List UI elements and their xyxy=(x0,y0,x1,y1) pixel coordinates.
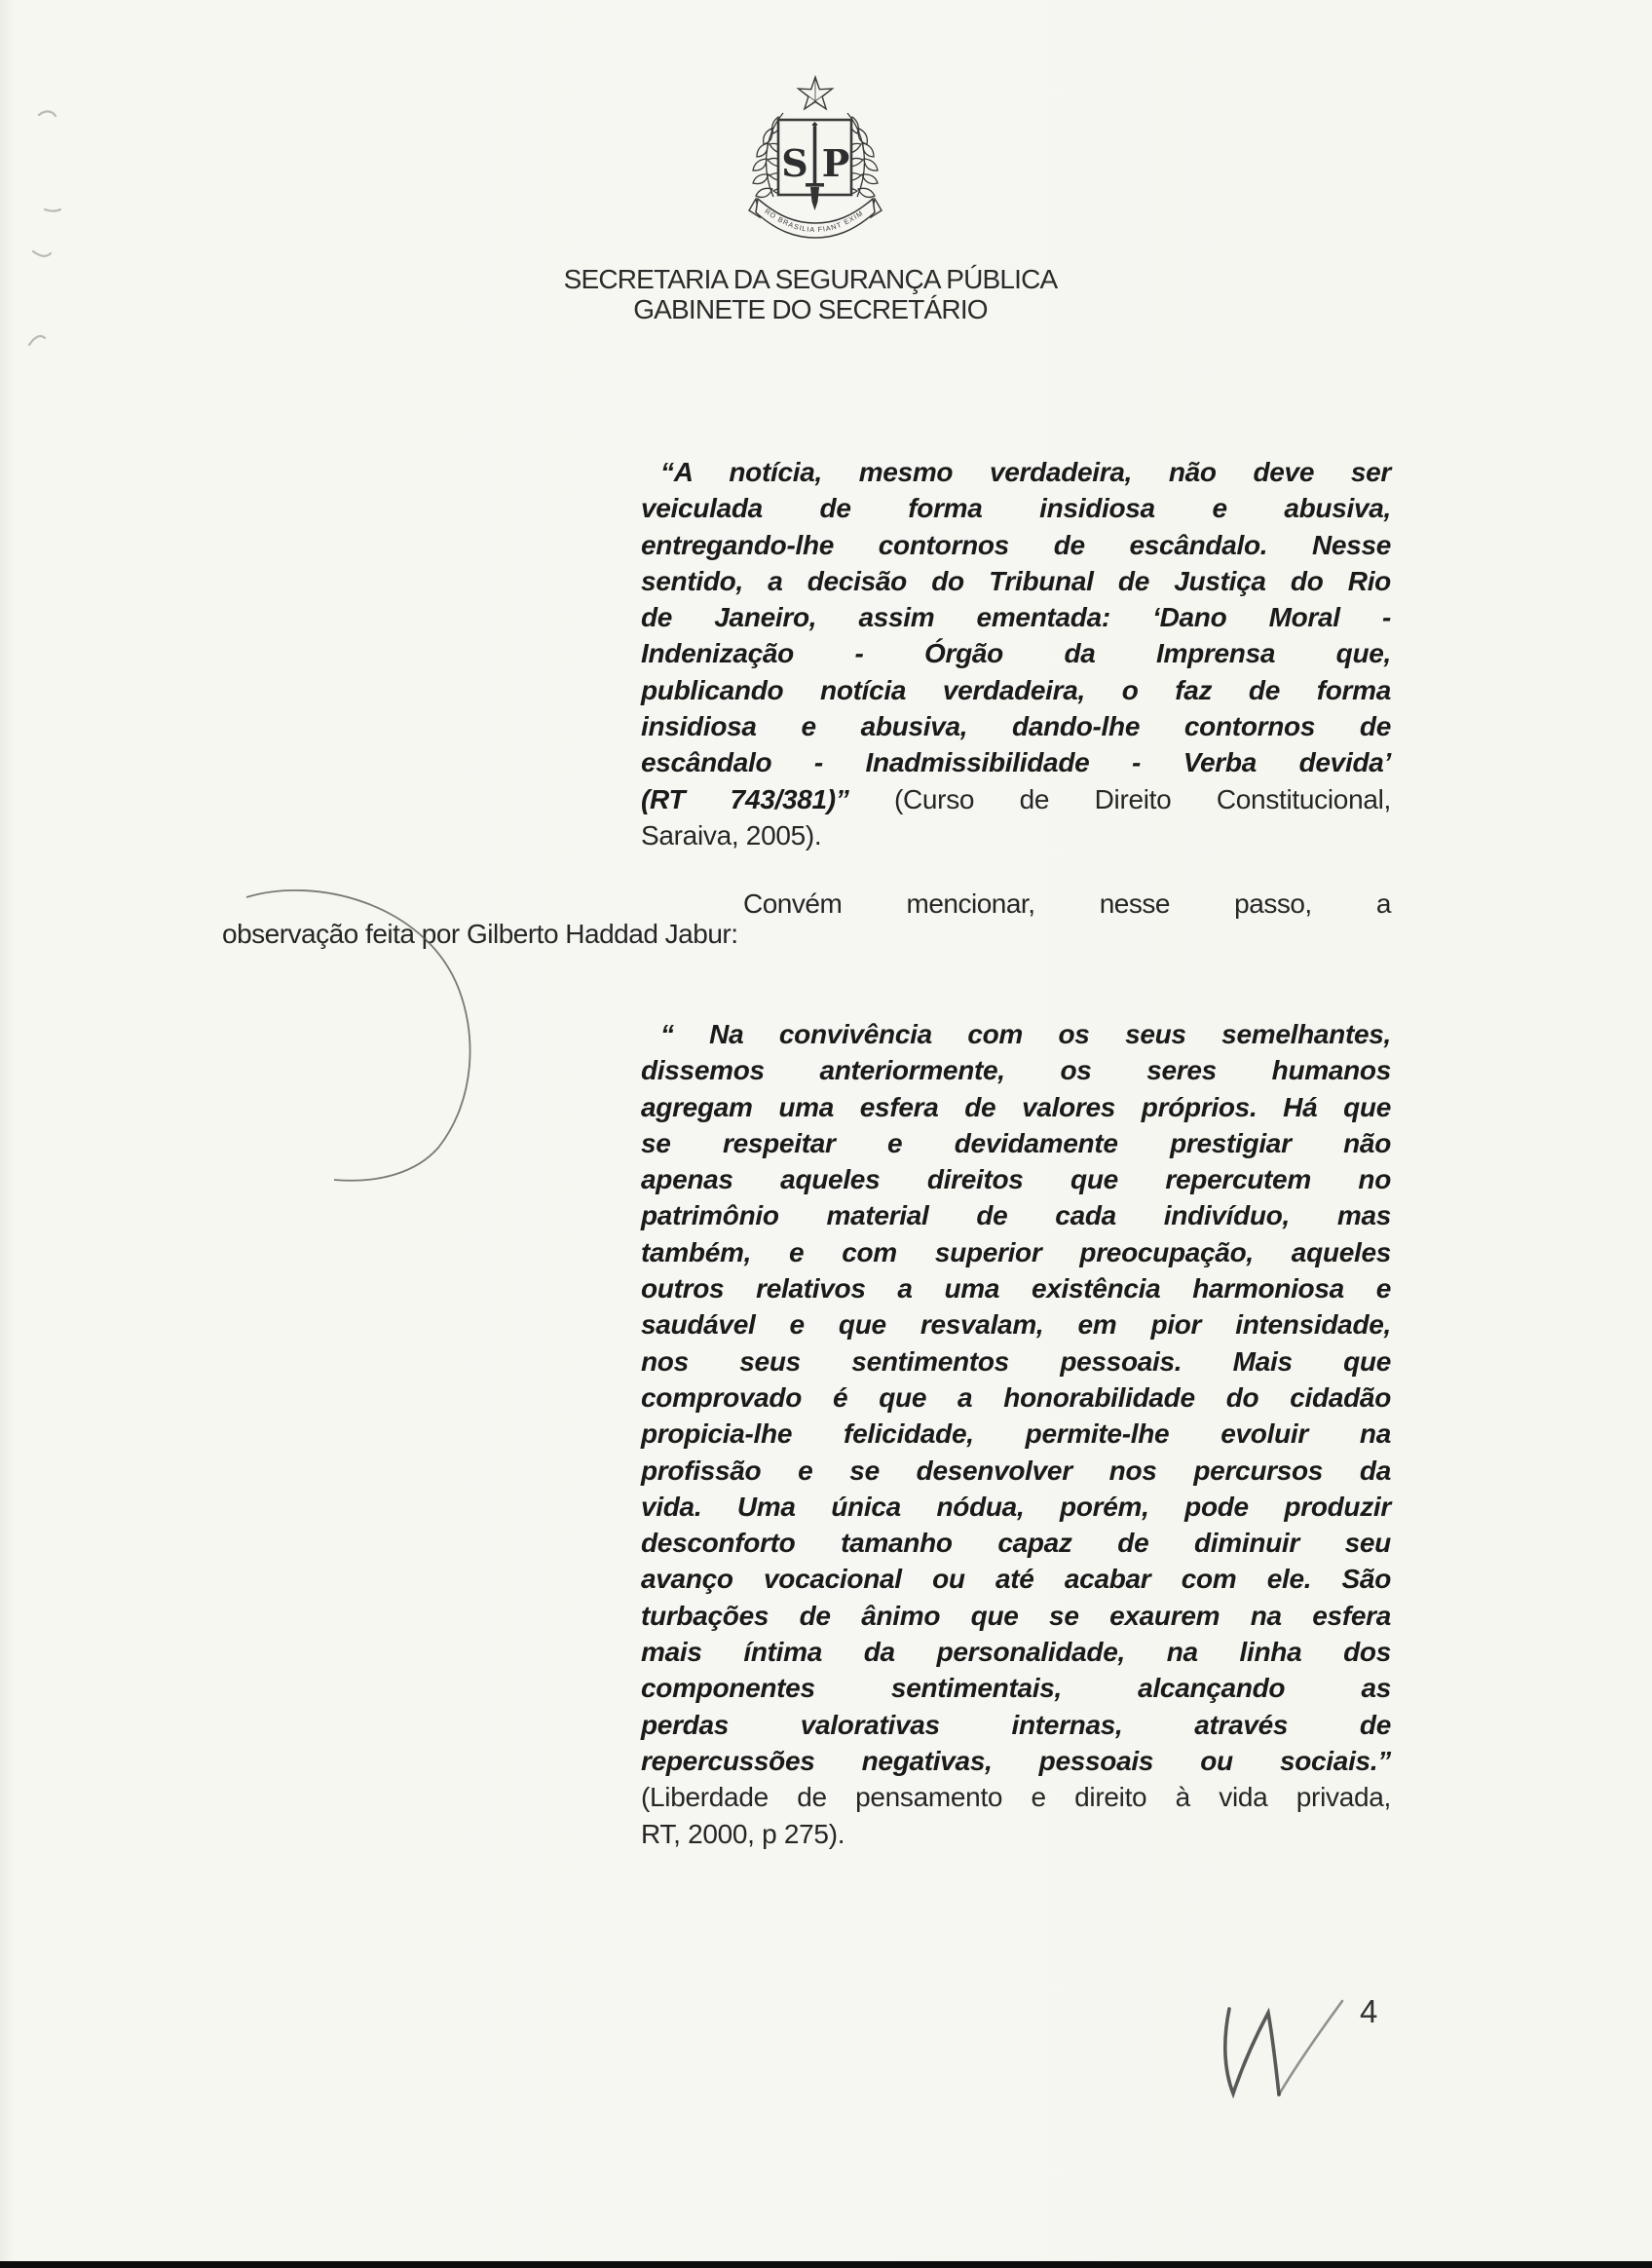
quote-block-2: “ Na convivência com os seus semelhantes… xyxy=(641,1016,1391,1852)
quote-line: desconforto tamanho capaz de diminuir se… xyxy=(641,1525,1391,1561)
quote-line: profissão e se desenvolver nos percursos… xyxy=(641,1453,1391,1489)
quote-line: outros relativos a uma existência harmon… xyxy=(641,1270,1391,1306)
quote-line: também, e com superior preocupação, aque… xyxy=(641,1234,1391,1270)
org-department: GABINETE DO SECRETÁRIO xyxy=(0,294,1621,324)
quote-line: de Janeiro, assim ementada: ‘Dano Moral … xyxy=(641,599,1391,635)
quote-line: Indenização - Órgão da Imprensa que, xyxy=(641,635,1391,671)
org-name: SECRETARIA DA SEGURANÇA PÚBLICA xyxy=(0,264,1621,294)
seal-letter-p: P xyxy=(822,141,850,185)
letterhead: SECRETARIA DA SEGURANÇA PÚBLICA GABINETE… xyxy=(0,264,1621,324)
body-paragraph-line-2: observação feita por Gilberto Haddad Jab… xyxy=(222,919,738,949)
scanned-document-page: PRO BRASILIA FIANT EXIMIA S P SECRETARIA… xyxy=(0,0,1652,2268)
quote-line: veiculada de forma insidiosa e abusiva, xyxy=(641,490,1391,526)
quote-line: escândalo - Inadmissibilidade - Verba de… xyxy=(641,744,1391,780)
scanner-edge-bar xyxy=(0,2261,1652,2268)
quote-line: perdas valorativas internas, através de xyxy=(641,1707,1391,1743)
quote-line: “ Na convivência com os seus semelhantes… xyxy=(641,1016,1391,1052)
quote-line: publicando notícia verdadeira, o faz de … xyxy=(641,672,1391,708)
quote-line: saudável e que resvalam, em pior intensi… xyxy=(641,1306,1391,1342)
quote-line: comprovado é que a honorabilidade do cid… xyxy=(641,1380,1391,1416)
seal-letter-s: S xyxy=(781,141,807,185)
quote-line: patrimônio material de cada indivíduo, m… xyxy=(641,1197,1391,1233)
quote-line: nos seus sentimentos pessoais. Mais que xyxy=(641,1343,1391,1380)
quote-line: vida. Uma única nódua, porém, pode produ… xyxy=(641,1489,1391,1525)
quote-block-1: “A notícia, mesmo verdadeira, não deve s… xyxy=(641,454,1391,853)
quote-line: propicia-lhe felicidade, permite-lhe evo… xyxy=(641,1416,1391,1452)
page-number: 4 xyxy=(1360,1993,1377,2030)
quote-line: (Liberdade de pensamento e direito à vid… xyxy=(641,1779,1391,1815)
quote-line: RT, 2000, p 275). xyxy=(641,1816,1391,1852)
quote-line: apenas aqueles direitos que repercutem n… xyxy=(641,1161,1391,1197)
quote-line: dissemos anteriormente, os seres humanos xyxy=(641,1052,1391,1088)
quote-line: mais íntima da personalidade, na linha d… xyxy=(641,1634,1391,1670)
quote-line: entregando-lhe contornos de escândalo. N… xyxy=(641,527,1391,563)
quote-line: turbações de ânimo que se exaurem na esf… xyxy=(641,1598,1391,1634)
handwritten-initials xyxy=(1225,2001,1342,2095)
quote-line: repercussões negativas, pessoais ou soci… xyxy=(641,1743,1391,1779)
quote-line: insidiosa e abusiva, dando-lhe contornos… xyxy=(641,708,1391,744)
quote-line: avanço vocacional ou até acabar com ele.… xyxy=(641,1561,1391,1597)
body-paragraph-line-1: Convém mencionar, nesse passo, a xyxy=(743,888,1391,919)
quote-line: “A notícia, mesmo verdadeira, não deve s… xyxy=(641,454,1391,490)
quote-line: Saraiva, 2005). xyxy=(641,817,1391,853)
quote-line: componentes sentimentais, alcançando as xyxy=(641,1670,1391,1706)
quote-line: sentido, a decisão do Tribunal de Justiç… xyxy=(641,563,1391,599)
quote-line: (RT 743/381)” (Curso de Direito Constitu… xyxy=(641,781,1391,817)
quote-line: se respeitar e devidamente prestigiar nã… xyxy=(641,1125,1391,1161)
quote-line: agregam uma esfera de valores próprios. … xyxy=(641,1089,1391,1125)
sp-state-coat-of-arms-icon: PRO BRASILIA FIANT EXIMIA S P xyxy=(748,74,882,246)
